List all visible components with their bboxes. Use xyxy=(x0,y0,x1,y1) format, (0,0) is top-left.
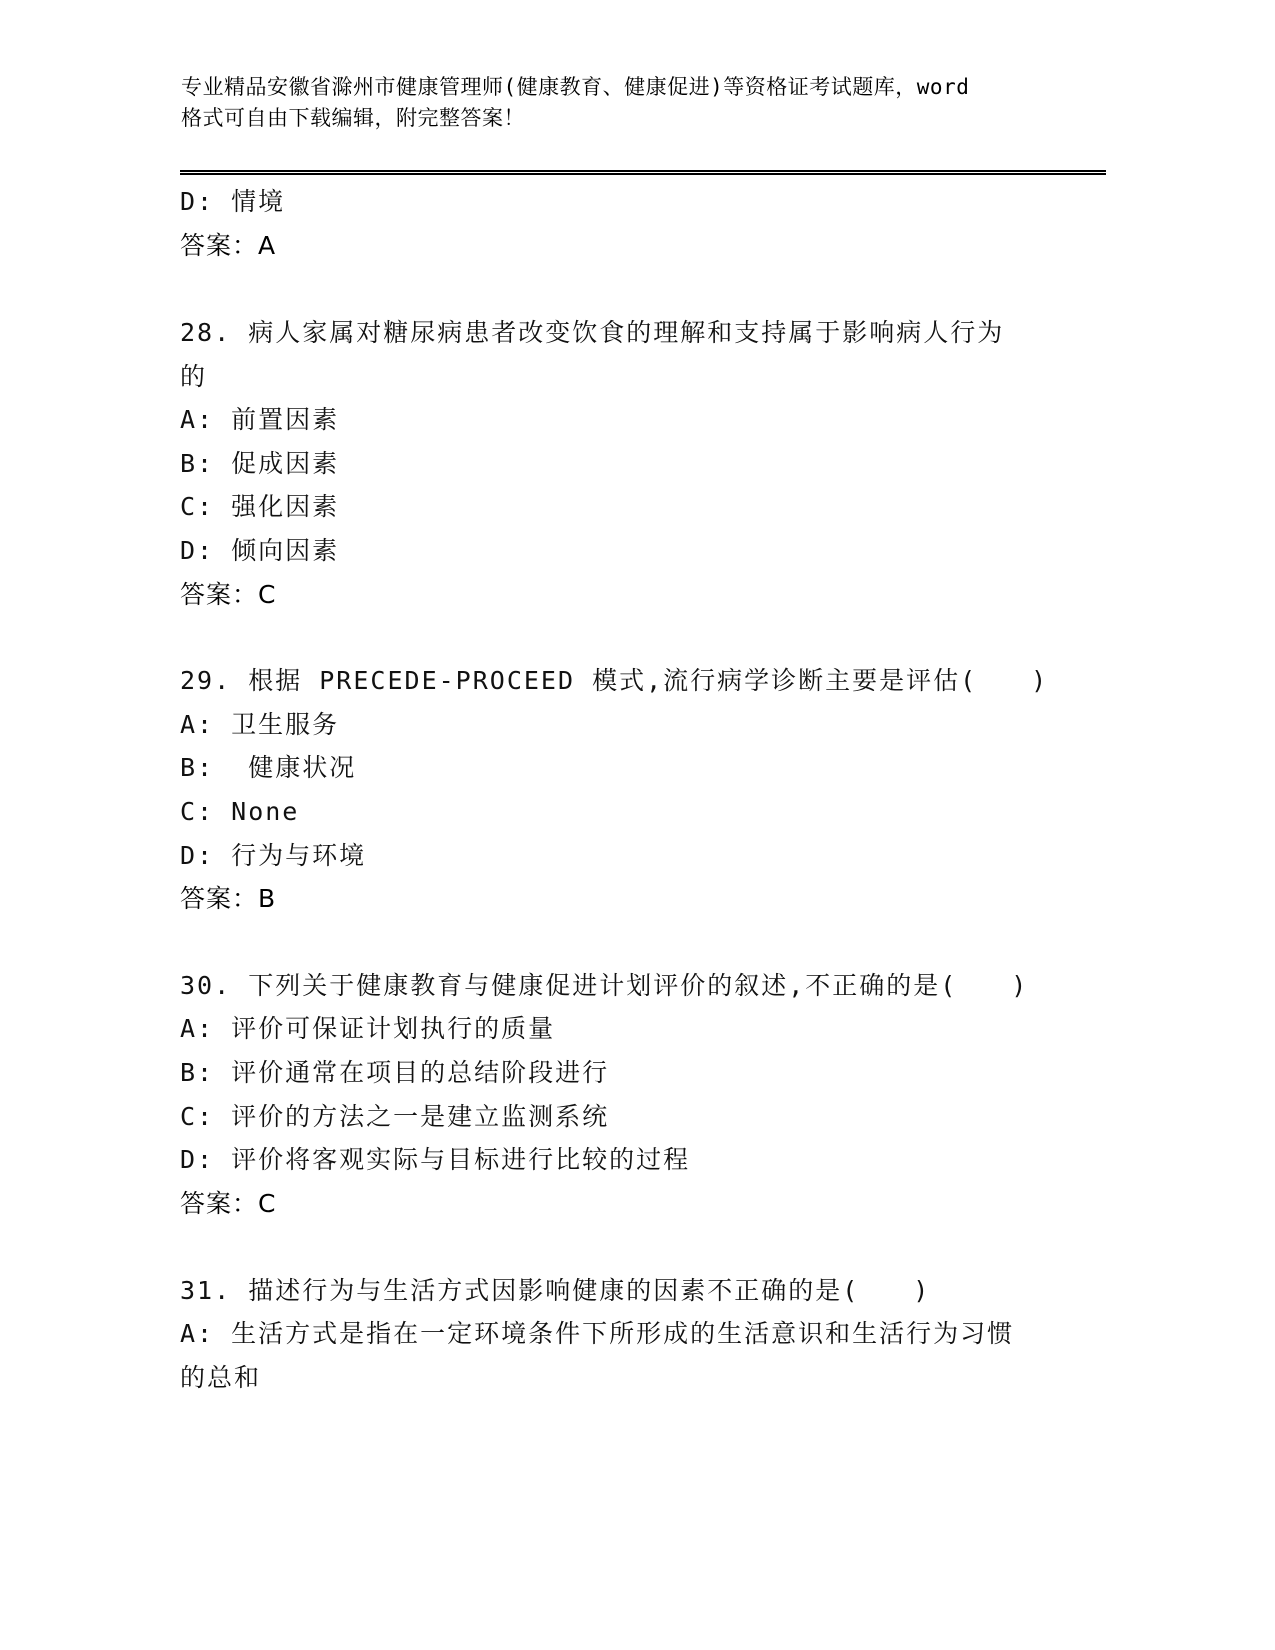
question-28-answer: 答案：C xyxy=(180,580,276,610)
question-30-option-c: C: 评价的方法之一是建立监测系统 xyxy=(180,1102,609,1132)
question-31-option-a: A: 生活方式是指在一定环境条件下所形成的生活意识和生活行为习惯 xyxy=(180,1319,1014,1349)
document-header: 专业精品安徽省滁州市健康管理师(健康教育、健康促进)等资格证考试题库，word … xyxy=(181,72,1061,134)
question-30-option-b: B: 评价通常在项目的总结阶段进行 xyxy=(180,1058,609,1088)
question-31-stem: 31. 描述行为与生活方式因影响健康的因素不正确的是( ) xyxy=(180,1276,930,1306)
question-29-stem: 29. 根据 PRECEDE-PROCEED 模式,流行病学诊断主要是评估( ) xyxy=(180,666,1048,696)
question-31-option-a-cont: 的总和 xyxy=(180,1363,261,1393)
question-28-option-a: A: 前置因素 xyxy=(180,405,339,435)
question-28-stem: 28. 病人家属对糖尿病患者改变饮食的理解和支持属于影响病人行为 xyxy=(180,318,1004,348)
question-30-stem: 30. 下列关于健康教育与健康促进计划评价的叙述,不正确的是( ) xyxy=(180,971,1028,1001)
header-line-2: 格式可自由下载编辑，附完整答案！ xyxy=(181,103,1061,134)
document-page: 专业精品安徽省滁州市健康管理师(健康教育、健康促进)等资格证考试题库，word … xyxy=(0,0,1275,1650)
question-29-option-d: D: 行为与环境 xyxy=(180,841,366,871)
header-double-rule xyxy=(180,170,1106,175)
question-30-option-d: D: 评价将客观实际与目标进行比较的过程 xyxy=(180,1145,690,1175)
question-29-option-c: C: None xyxy=(180,797,299,827)
question-29-option-a: A: 卫生服务 xyxy=(180,710,339,740)
question-28-stem-cont: 的 xyxy=(180,362,207,392)
question-28-option-d: D: 倾向因素 xyxy=(180,536,339,566)
question-30-option-a: A: 评价可保证计划执行的质量 xyxy=(180,1014,555,1044)
question-28-option-b: B: 促成因素 xyxy=(180,449,339,479)
question-29-answer: 答案：B xyxy=(180,884,276,914)
question-28-option-c: C: 强化因素 xyxy=(180,492,339,522)
question-30-answer: 答案：C xyxy=(180,1189,276,1219)
question-29-option-b: B: 健康状况 xyxy=(180,753,356,783)
header-line-1: 专业精品安徽省滁州市健康管理师(健康教育、健康促进)等资格证考试题库，word xyxy=(181,72,1061,103)
answer-label: 答案：A xyxy=(180,231,276,261)
option-d: D: 情境 xyxy=(180,187,285,217)
